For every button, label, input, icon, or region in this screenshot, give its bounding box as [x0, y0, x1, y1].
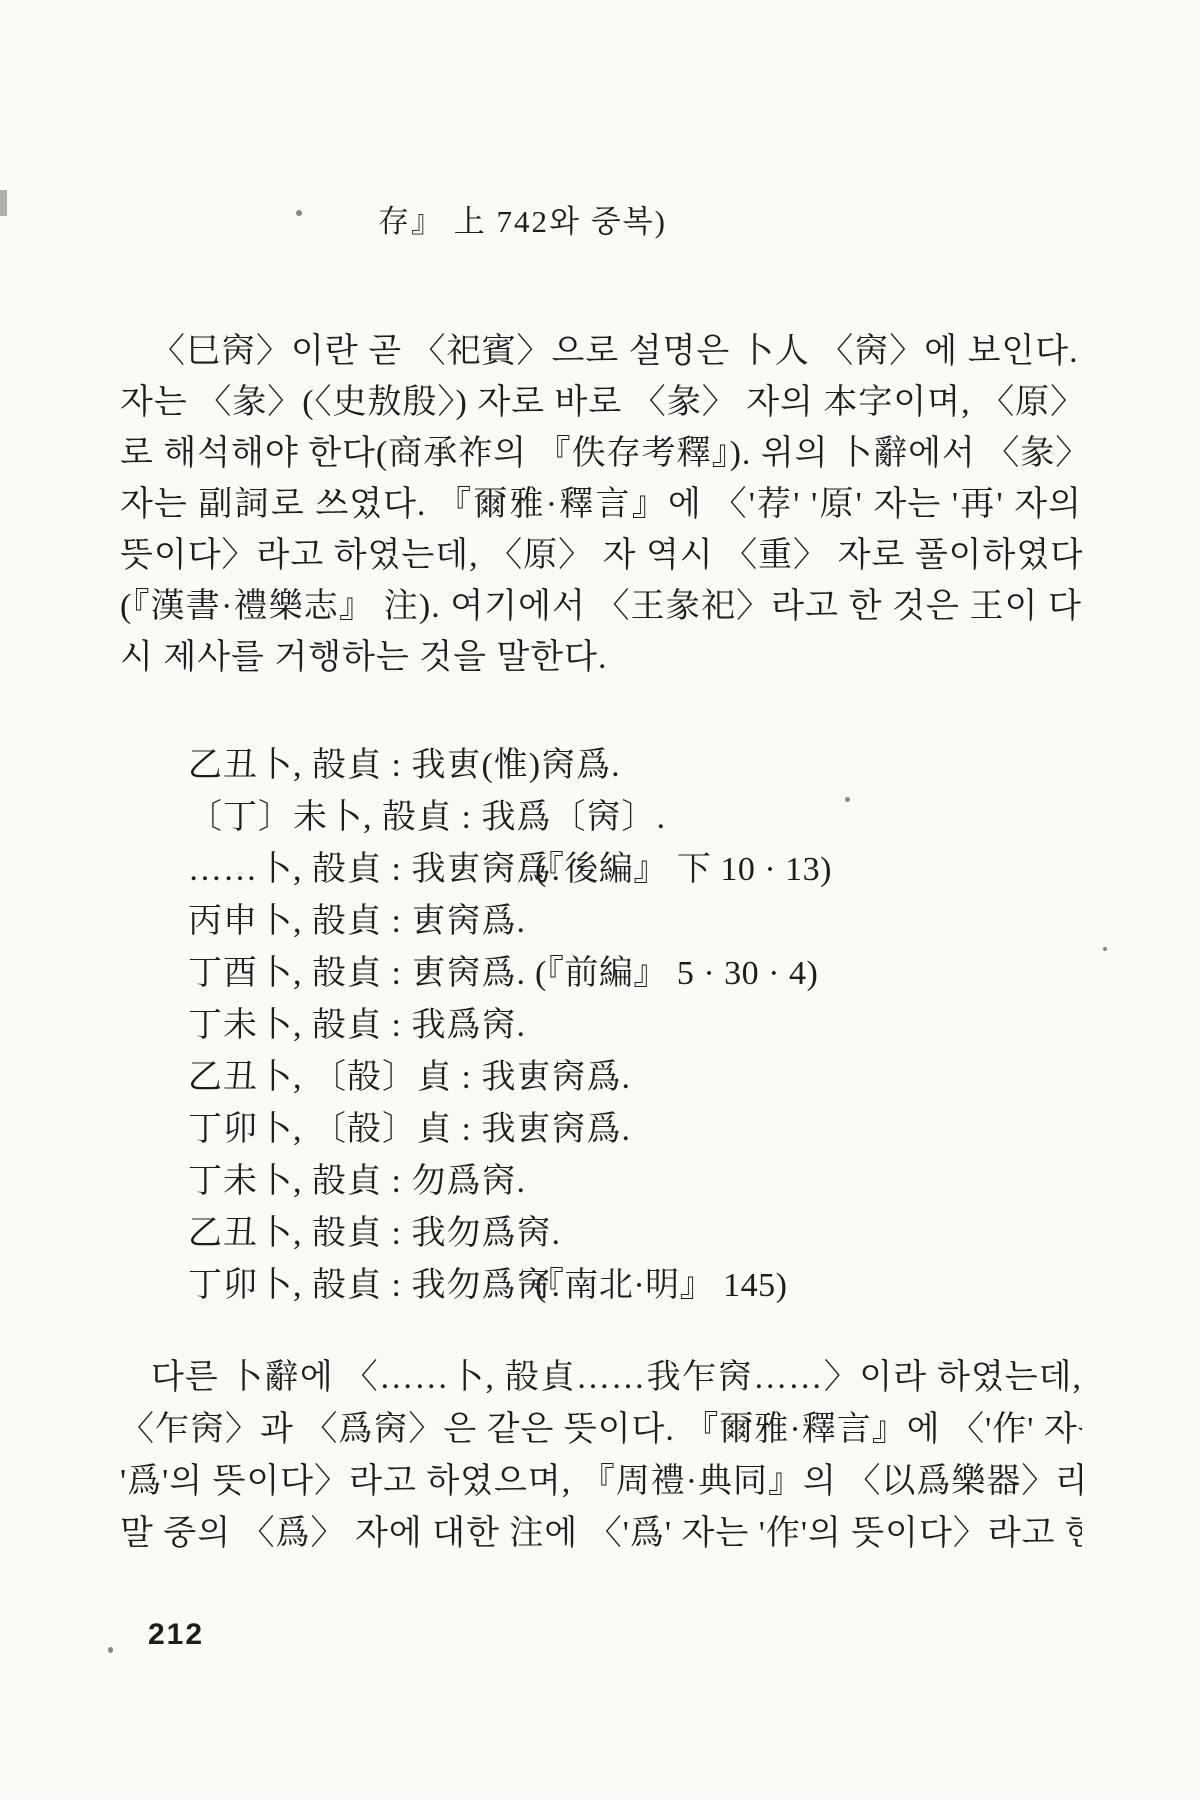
inscription-line: 丁卯卜, 㱿貞 : 我勿爲窉. (『南北·明』 145)	[188, 1260, 1128, 1312]
paragraph-line: 자는 〈彖〉(〈史敖殷〉) 자로 바로 〈彖〉 자의 本字이며, 〈原〉 자	[120, 377, 1082, 428]
inscription-text: 丙申卜, 㱿貞 : 叀窉爲.	[188, 903, 526, 940]
inscription-line: 丙申卜, 㱿貞 : 叀窉爲.	[188, 896, 1128, 948]
paragraph-line: 로 해석해야 한다(商承祚의 『佚存考釋』). 위의 卜辭에서 〈彖〉	[120, 428, 1082, 479]
paragraph-2: 다른 卜辭에 〈……卜, 㱿貞……我乍窉……〉이라 하였는데, 〈乍窉〉과 〈爲…	[120, 1352, 1082, 1560]
paragraph-line: 〈巳窉〉이란 곧 〈祀賓〉으로 설명은 卜人 〈窉〉에 보인다. 〈彖〉	[120, 326, 1082, 377]
inscription-text: 丁未卜, 㱿貞 : 我爲窉.	[188, 1007, 526, 1044]
inscription-line: 丁酉卜, 㱿貞 : 叀窉爲. (『前編』 5 · 30 · 4)	[188, 948, 1128, 1000]
inscription-line: 〔丁〕未卜, 㱿貞 : 我爲〔窉〕.	[188, 792, 1128, 844]
paragraph-line: 다른 卜辭에 〈……卜, 㱿貞……我乍窉……〉이라 하였는데,	[120, 1352, 1082, 1404]
paragraph-line: 〈乍窉〉과 〈爲窉〉은 같은 뜻이다. 『爾雅·釋言』에 〈'作' 자는	[120, 1404, 1082, 1456]
inscription-line: 丁未卜, 㱿貞 : 我爲窉.	[188, 1000, 1128, 1052]
paragraph-line: '爲'의 뜻이다〉라고 하였으며, 『周禮·典同』의 〈以爲樂器〉라는	[120, 1456, 1082, 1508]
scan-speck	[1103, 947, 1107, 951]
inscription-text: 丁卯卜, 〔㱿〕貞 : 我叀窉爲.	[188, 1111, 631, 1148]
scan-speck	[296, 210, 302, 216]
paragraph-line: 뜻이다〉라고 하였는데, 〈原〉 자 역시 〈重〉 자로 풀이하였다	[120, 530, 1082, 581]
inscription-line: ……卜, 㱿貞 : 我叀窉爲. (『後編』 下 10 · 13)	[188, 844, 1128, 896]
inscription-text: ……卜, 㱿貞 : 我叀窉爲.	[188, 851, 561, 888]
inscription-line: 丁未卜, 㱿貞 : 勿爲窉.	[188, 1156, 1128, 1208]
scanned-book-page: 存』 上 742와 중복) 〈巳窉〉이란 곧 〈祀賓〉으로 설명은 卜人 〈窉〉…	[0, 0, 1200, 1800]
inscription-line: 丁卯卜, 〔㱿〕貞 : 我叀窉爲.	[188, 1104, 1128, 1156]
inscription-line: 乙丑卜, 㱿貞 : 我勿爲窉.	[188, 1208, 1128, 1260]
inscription-text: 〔丁〕未卜, 㱿貞 : 我爲〔窉〕.	[188, 799, 666, 836]
scan-speck	[845, 797, 850, 802]
inscription-text: 丁卯卜, 㱿貞 : 我勿爲窉.	[188, 1267, 561, 1304]
scan-speck	[108, 1647, 113, 1653]
inscription-line: 乙丑卜, 㱿貞 : 我叀(惟)窉爲.	[188, 740, 1128, 792]
oracle-inscription-block: 乙丑卜, 㱿貞 : 我叀(惟)窉爲. 〔丁〕未卜, 㱿貞 : 我爲〔窉〕. ………	[188, 740, 1128, 1312]
paragraph-line: 시 제사를 거행하는 것을 말한다.	[120, 632, 1082, 683]
inscription-line: 乙丑卜, 〔㱿〕貞 : 我叀窉爲.	[188, 1052, 1128, 1104]
inscription-text: 丁酉卜, 㱿貞 : 叀窉爲.	[188, 955, 526, 992]
inscription-citation: (『後編』 下 10 · 13)	[535, 844, 832, 896]
inscription-text: 乙丑卜, 㱿貞 : 我勿爲窉.	[188, 1215, 561, 1252]
inscription-text: 乙丑卜, 〔㱿〕貞 : 我叀窉爲.	[188, 1059, 631, 1096]
inscription-text: 丁未卜, 㱿貞 : 勿爲窉.	[188, 1163, 526, 1200]
paragraph-line: (『漢書·禮樂志』 注). 여기에서 〈王彖祀〉라고 한 것은 王이 다	[120, 581, 1082, 632]
inscription-text: 乙丑卜, 㱿貞 : 我叀(惟)窉爲.	[188, 747, 621, 784]
inscription-citation: (『南北·明』 145)	[535, 1260, 787, 1312]
page-number: 212	[148, 1618, 204, 1652]
paragraph-1: 〈巳窉〉이란 곧 〈祀賓〉으로 설명은 卜人 〈窉〉에 보인다. 〈彖〉 자는 …	[120, 326, 1082, 683]
inscription-citation: (『前編』 5 · 30 · 4)	[535, 948, 818, 1000]
paragraph-line: 말 중의 〈爲〉 자에 대한 注에 〈'爲' 자는 '作'의 뜻이다〉라고 한	[120, 1508, 1082, 1560]
scan-edge-artifact	[0, 190, 7, 216]
running-header-fragment: 存』 上 742와 중복)	[378, 196, 667, 241]
paragraph-line: 자는 副詞로 쓰였다. 『爾雅·釋言』에 〈'荐' '原' 자는 '再' 자의	[120, 479, 1082, 530]
